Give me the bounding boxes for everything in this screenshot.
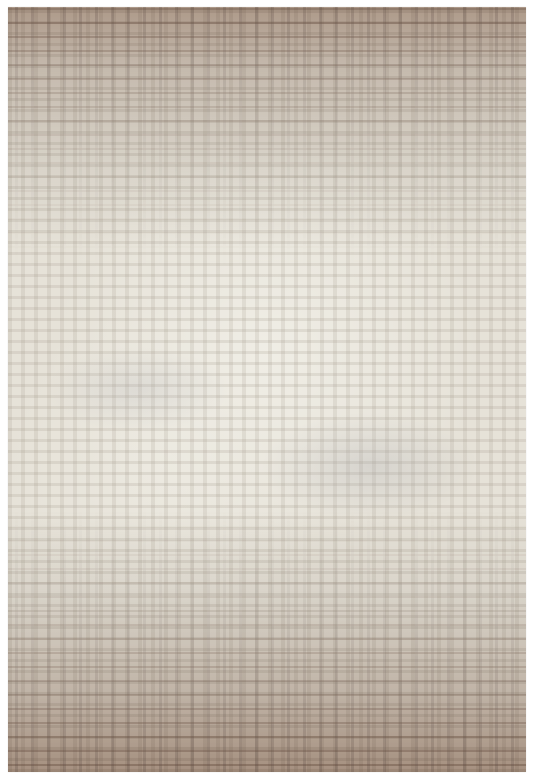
- rug-image: [8, 7, 526, 772]
- rug-bottom-rust-edge: [8, 7, 526, 772]
